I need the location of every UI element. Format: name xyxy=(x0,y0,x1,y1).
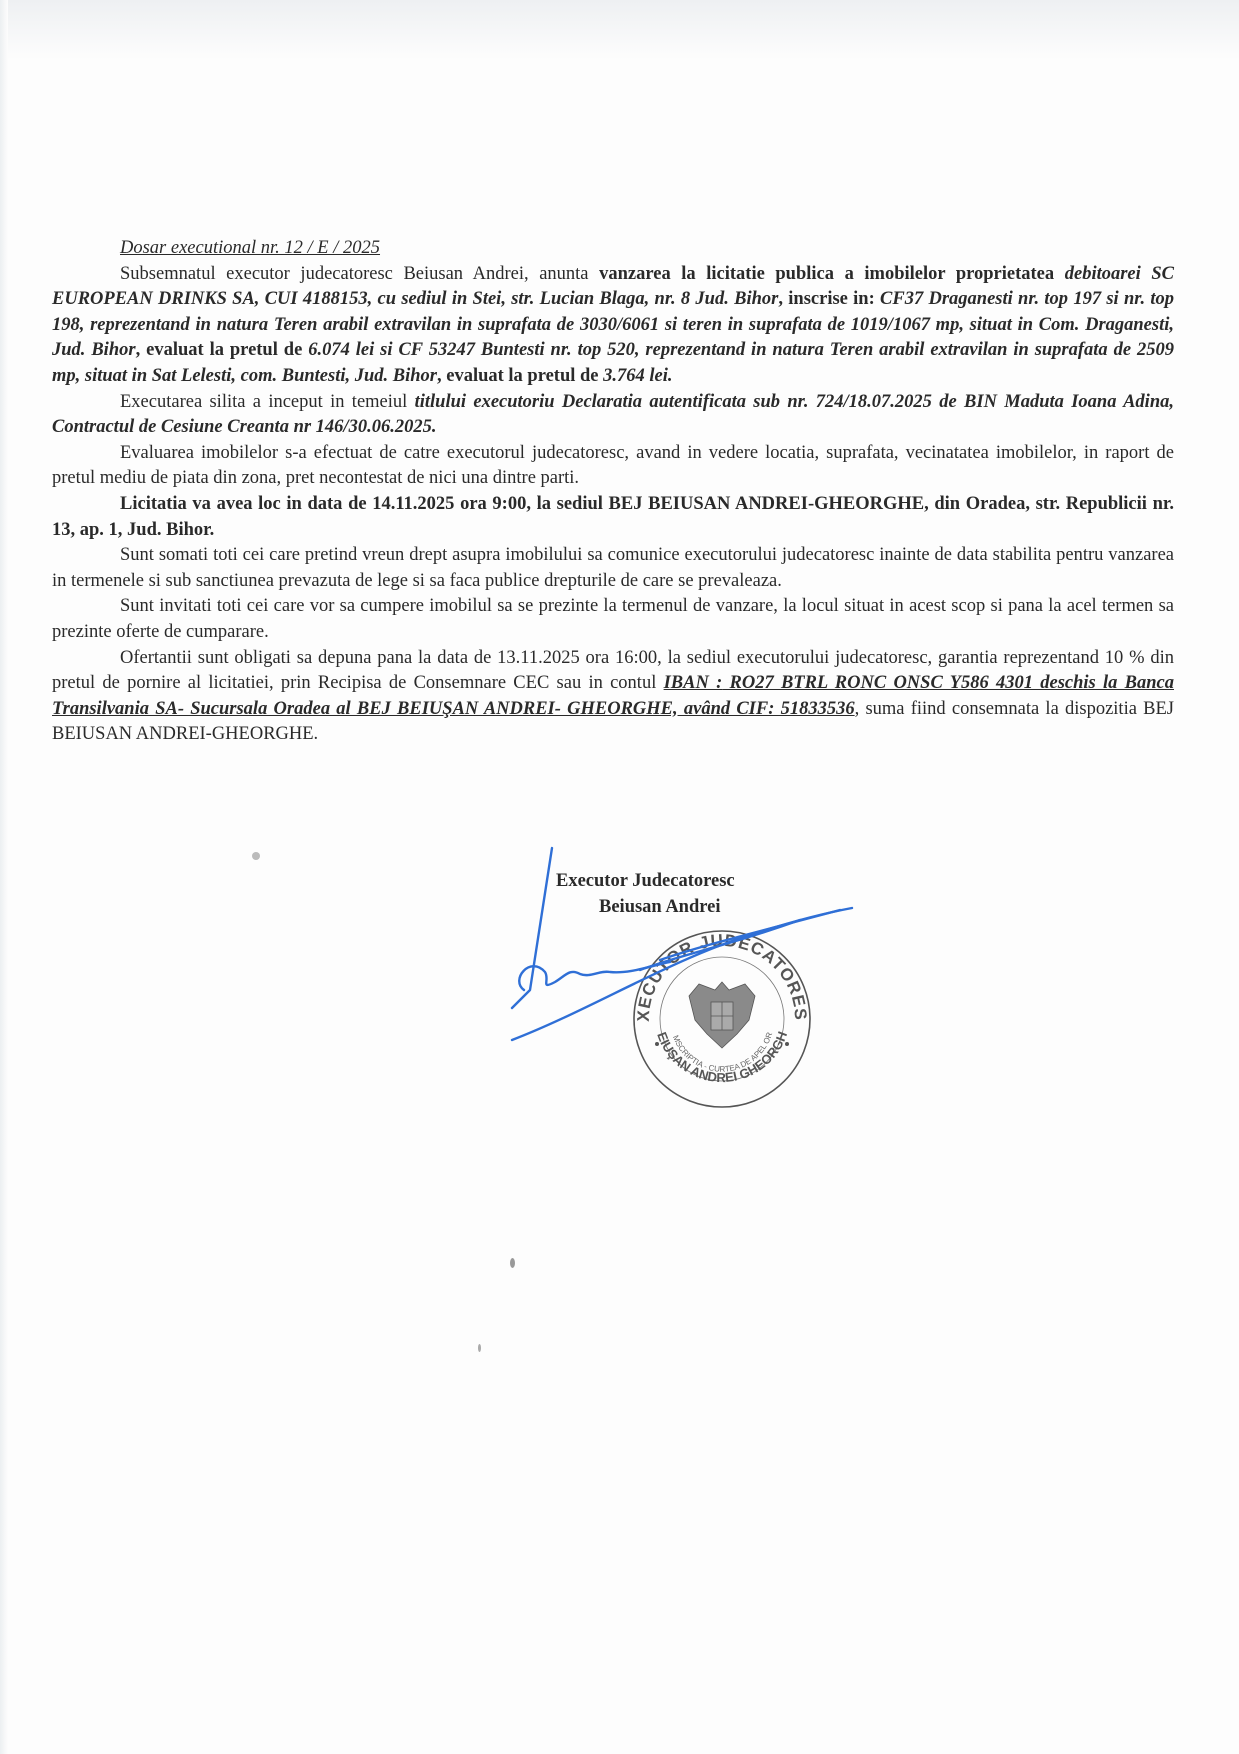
paragraph-summons: Sunt somati toti cei care pretind vreun … xyxy=(52,543,1174,594)
paragraph-announcement: Subsemnatul executor judecatoresc Beiusa… xyxy=(52,262,1174,390)
scan-top-shadow xyxy=(0,0,1239,60)
handwritten-signature-icon xyxy=(500,840,860,1080)
document-body: Dosar executional nr. 12 / E / 2025 Subs… xyxy=(52,236,1174,748)
price-2: 3.764 lei. xyxy=(603,366,672,386)
text-bold: vanzarea la licitatie publica a imobilel… xyxy=(599,264,1065,284)
text-span: Subsemnatul executor judecatoresc Beiusa… xyxy=(120,264,599,284)
paragraph-guarantee: Ofertantii sunt obligati sa depuna pana … xyxy=(52,646,1174,748)
text-bold: , evaluat la pretul de xyxy=(437,366,603,386)
scan-left-shadow xyxy=(0,0,8,1754)
text-bold: , inscrise in: xyxy=(778,289,880,309)
text-bold: , evaluat la pretul de xyxy=(136,340,309,360)
scan-artifact xyxy=(510,1258,515,1268)
paragraph-invitation: Sunt invitati toti cei care vor sa cumpe… xyxy=(52,594,1174,645)
paragraph-enforcement: Executarea silita a inceput in temeiul t… xyxy=(52,390,1174,441)
scan-artifact xyxy=(478,1344,481,1352)
paragraph-evaluation: Evaluarea imobilelor s-a efectuat de cat… xyxy=(52,441,1174,492)
paragraph-auction-date: Licitatia va avea loc in data de 14.11.2… xyxy=(52,492,1174,543)
scan-artifact xyxy=(252,852,260,860)
case-file-title: Dosar executional nr. 12 / E / 2025 xyxy=(52,236,1174,262)
iban-label: IBAN : xyxy=(664,673,723,693)
auction-date-text: Licitatia va avea loc in data de 14.11.2… xyxy=(52,494,1174,540)
text-span: Executarea silita a inceput in temeiul xyxy=(120,392,415,412)
